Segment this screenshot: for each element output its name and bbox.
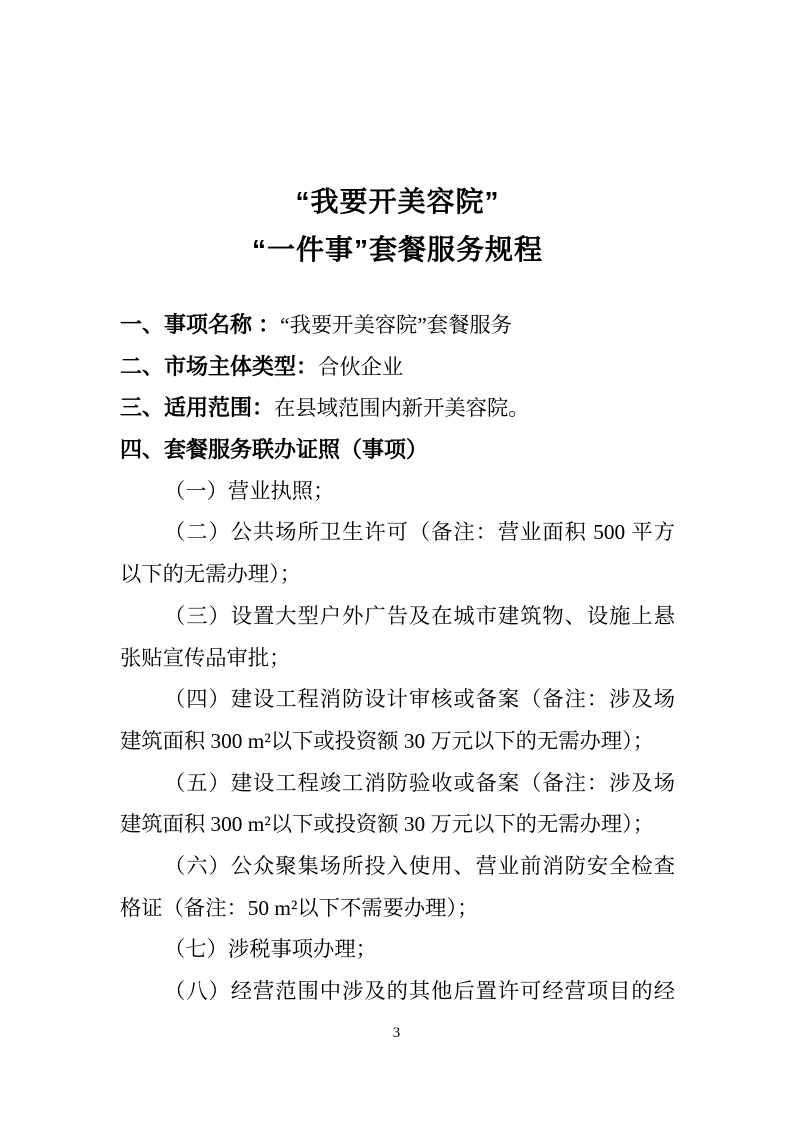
- list-item-4-line-1: （四）建设工程消防设计审核或备案（备注：涉及场所: [120, 679, 675, 721]
- section-label: 二、市场主体类型：: [120, 354, 318, 379]
- section-value: 合伙企业: [318, 355, 403, 379]
- document-title: “我要开美容院” “一件事”套餐服务规程: [120, 178, 675, 274]
- list-item-2-line-1: （二）公共场所卫生许可（备注：营业面积 500 平方米: [120, 512, 675, 554]
- list-item-2-line-2: 以下的无需办理）；: [120, 554, 675, 596]
- list-item-5-line-1: （五）建设工程竣工消防验收或备案（备注：涉及场所: [120, 763, 675, 805]
- section-heading-item-name: 一、事项名称 ：“我要开美容院”套餐服务: [120, 304, 675, 346]
- page-number: 3: [0, 1024, 793, 1042]
- document-title-line-1: “我要开美容院”: [120, 178, 675, 226]
- list-item-8-line-1: （八）经营范围中涉及的其他后置许可经营项目的经营: [120, 971, 675, 1013]
- list-item-1: （一）营业执照；: [120, 471, 675, 513]
- section-label: 三、适用范围：: [120, 395, 274, 420]
- list-item-6-line-1: （六）公众聚集场所投入使用、营业前消防安全检查合: [120, 846, 675, 888]
- document-page: “我要开美容院” “一件事”套餐服务规程 一、事项名称 ：“我要开美容院”套餐服…: [0, 0, 793, 1122]
- document-body: 一、事项名称 ：“我要开美容院”套餐服务 二、市场主体类型：合伙企业 三、适用范…: [120, 304, 675, 1013]
- list-item-7: （七）涉税事项办理；: [120, 929, 675, 971]
- list-item-6-line-2: 格证（备注：50 m²以下不需要办理）；: [120, 888, 675, 930]
- section-label: 四、套餐服务联办证照（事项）: [120, 437, 428, 462]
- list-item-3-line-1: （三）设置大型户外广告及在城市建筑物、设施上悬挂、: [120, 596, 675, 638]
- section-heading-scope: 三、适用范围：在县域范围内新开美容院。: [120, 387, 675, 429]
- list-item-4-line-2: 建筑面积 300 m²以下或投资额 30 万元以下的无需办理）；: [120, 721, 675, 763]
- section-heading-licenses: 四、套餐服务联办证照（事项）: [120, 429, 675, 471]
- section-value: 在县域范围内新开美容院。: [274, 396, 530, 420]
- section-value: “我要开美容院”套餐服务: [280, 313, 512, 337]
- list-item-3-line-2: 张贴宣传品审批；: [120, 638, 675, 680]
- section-label: 一、事项名称 ：: [120, 312, 280, 337]
- document-title-line-2: “一件事”套餐服务规程: [120, 226, 675, 274]
- section-heading-entity-type: 二、市场主体类型：合伙企业: [120, 346, 675, 388]
- list-item-5-line-2: 建筑面积 300 m²以下或投资额 30 万元以下的无需办理）；: [120, 804, 675, 846]
